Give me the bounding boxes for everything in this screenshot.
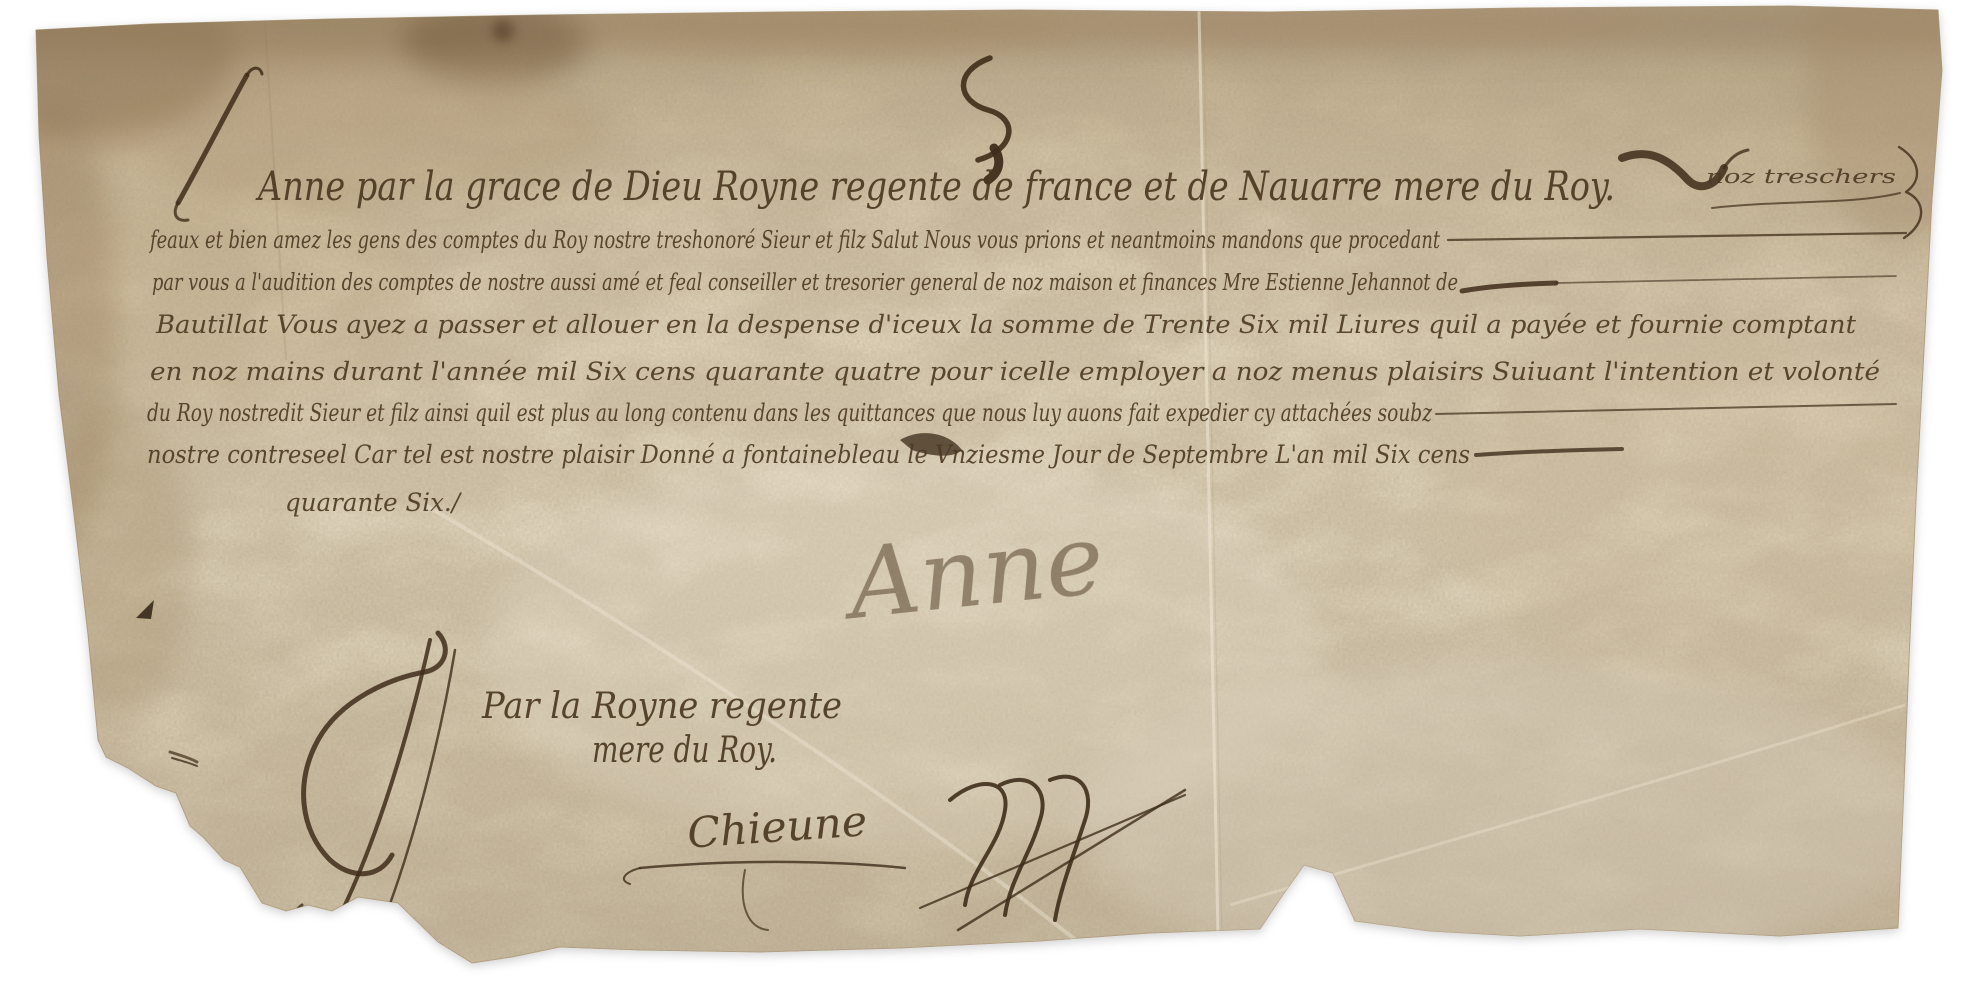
document-photo: Anne par la grace de Dieu Royne regente …	[0, 0, 1963, 1000]
closing-line-1: Par la Royne regente	[481, 686, 842, 727]
ink-spot	[492, 20, 514, 42]
manuscript-line-5: en noz mains durant l'année mil Six cens…	[150, 357, 1880, 386]
manuscript-line-7: nostre contreseel Car tel est nostre pla…	[147, 440, 1470, 469]
manuscript-line-1: Anne par la grace de Dieu Royne regente …	[255, 164, 1615, 210]
stain	[480, 450, 1320, 850]
grand-paraph	[293, 905, 305, 943]
closing-line-2: mere du Roy.	[592, 730, 777, 771]
manuscript-line-4: Bautillat Vous ayez a passer et allouer …	[155, 310, 1857, 339]
manuscript-line-6: du Roy nostredit Sieur et filz ainsi qui…	[147, 399, 1432, 427]
manuscript-line-8: quarante Six./	[285, 488, 463, 517]
manuscript-line-2: feaux et bien amez les gens des comptes …	[149, 226, 1441, 254]
manuscript-scan: Anne par la grace de Dieu Royne regente …	[0, 0, 1963, 1000]
manuscript-line-3: par vous a l'audition des comptes de nos…	[152, 270, 1458, 296]
manuscript-marginal-addition: noz treschers	[1706, 164, 1896, 188]
